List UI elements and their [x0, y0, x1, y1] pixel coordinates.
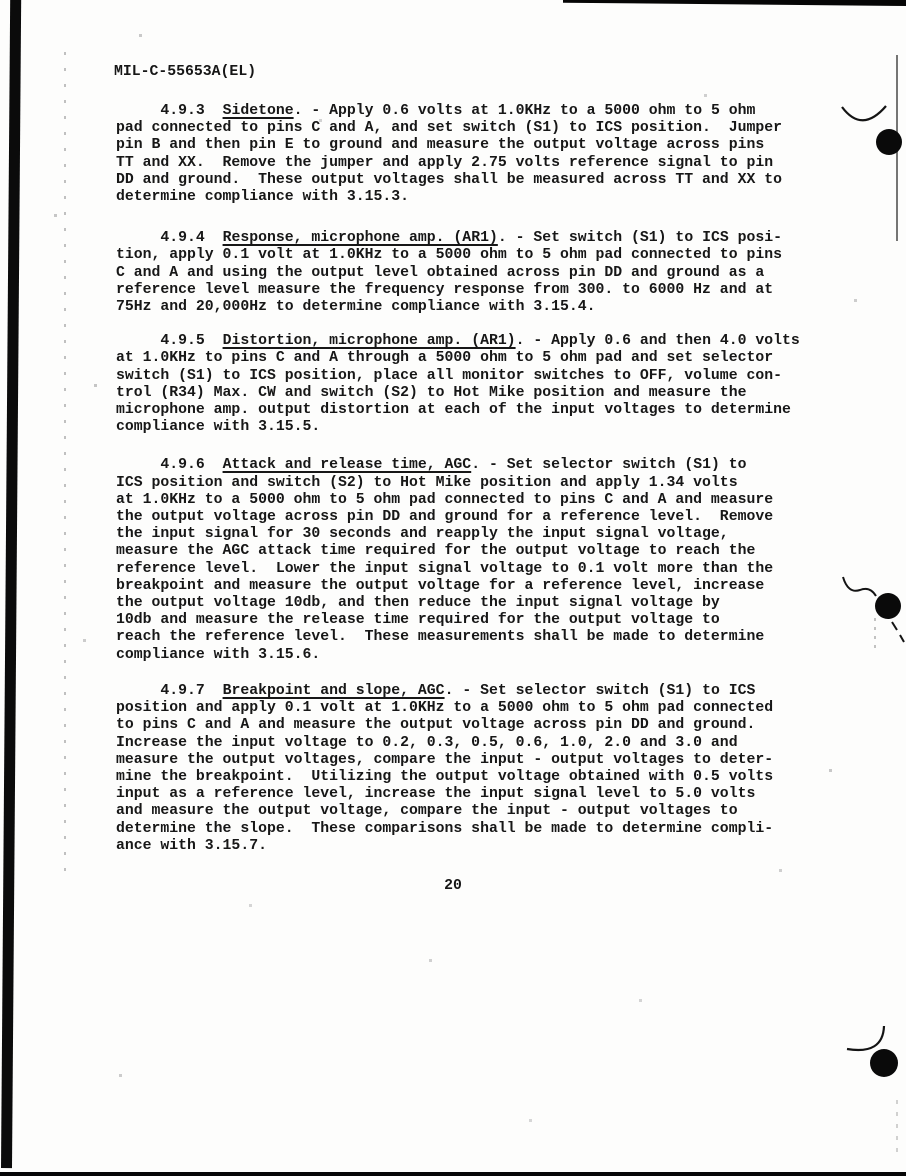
paragraph-4-9-7: 4.9.7 Breakpoint and slope, AGC. - Set s…	[116, 683, 800, 855]
section-title: Attack and release time, AGC	[223, 457, 472, 473]
section-title: Sidetone	[223, 103, 294, 119]
paragraph-4-9-5: 4.9.5 Distortion, microphone amp. (AR1).…	[116, 333, 800, 436]
document-id: MIL-C-55653A(EL)	[114, 64, 256, 81]
ink-dot-middle	[875, 593, 901, 619]
paragraph-4-9-3: 4.9.3 Sidetone. - Apply 0.6 volts at 1.0…	[116, 103, 800, 206]
pen-arc-bottom	[847, 1026, 884, 1050]
document-page: MIL-C-55653A(EL) 4.9.3 Sidetone. - Apply…	[0, 0, 906, 1176]
ink-dot-top	[876, 129, 902, 155]
section-title: Distortion, microphone amp. (AR1)	[223, 333, 516, 349]
paragraph-4-9-6: 4.9.6 Attack and release time, AGC. - Se…	[116, 457, 800, 663]
page-number: 20	[0, 878, 906, 895]
pen-arc-top	[842, 106, 886, 120]
pen-dashes-middle	[892, 622, 904, 642]
paragraph-4-9-4: 4.9.4 Response, microphone amp. (AR1). -…	[116, 230, 800, 316]
ink-dot-bottom	[870, 1049, 898, 1077]
section-title: Response, microphone amp. (AR1)	[223, 230, 498, 246]
document-body: 4.9.3 Sidetone. - Apply 0.6 volts at 1.0…	[116, 103, 800, 855]
section-title: Breakpoint and slope, AGC	[223, 683, 445, 699]
pen-squiggle-middle	[843, 577, 876, 596]
